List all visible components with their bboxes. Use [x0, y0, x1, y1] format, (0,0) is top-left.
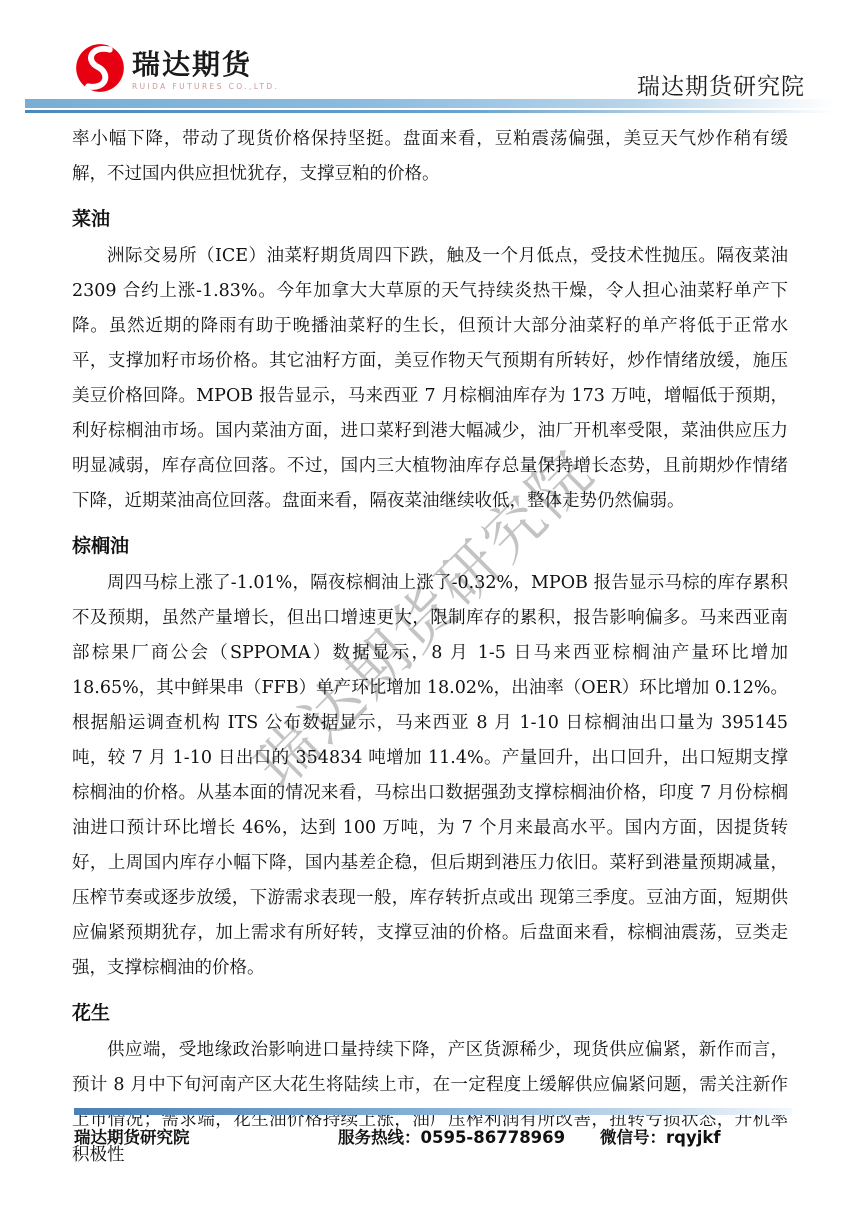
footer-hotline-number: 0595-86778969 [421, 1128, 566, 1147]
header: 瑞达期货 RUIDA FUTURES CO.,LTD. 瑞达期货研究院 [0, 0, 860, 99]
section-heading-rapeseed-oil: 菜油 [72, 202, 788, 237]
footer-wechat: 微信号：rqyjkf [600, 1124, 721, 1148]
report-page: 瑞达期货 RUIDA FUTURES CO.,LTD. 瑞达期货研究院 瑞达期货… [0, 0, 860, 1217]
header-divider-bar [25, 99, 835, 113]
footer-divider-bar [74, 1108, 792, 1115]
brand-logo: 瑞达期货 RUIDA FUTURES CO.,LTD. [74, 42, 279, 94]
footer-hotline-label: 服务热线： [338, 1128, 421, 1147]
footer-row: 瑞达期货研究院 服务热线：0595-86778969 微信号：rqyjkf [0, 1124, 860, 1148]
brand-subtitle: RUIDA FUTURES CO.,LTD. [132, 82, 279, 91]
footer-wechat-id: rqyjkf [666, 1128, 721, 1147]
header-bar-line [25, 110, 835, 113]
section-heading-peanut: 花生 [72, 996, 788, 1031]
body-paragraph: 供应端，受地缘政治影响进口量持续下降，产区货源稀少，现货供应偏紧，新作而言，预计… [72, 1033, 788, 1173]
report-body: 率小幅下降，带动了现货价格保持坚挺。盘面来看，豆粕震荡偏强，美豆天气炒作稍有缓解… [72, 122, 788, 1173]
footer-hotline: 服务热线：0595-86778969 [338, 1124, 565, 1148]
footer-org: 瑞达期货研究院 [74, 1124, 190, 1148]
section-heading-palm-oil: 棕榈油 [72, 529, 788, 564]
ruida-logo-icon [74, 42, 126, 94]
body-paragraph: 洲际交易所（ICE）油菜籽期货周四下跌，触及一个月低点，受技术性抛压。隔夜菜油 … [72, 239, 788, 519]
brand-name: 瑞达期货 [132, 50, 279, 80]
report-title: 瑞达期货研究院 [637, 68, 805, 101]
header-bar-main [25, 99, 835, 108]
brand-text-block: 瑞达期货 RUIDA FUTURES CO.,LTD. [132, 42, 279, 91]
footer-wechat-label: 微信号： [600, 1128, 666, 1147]
body-paragraph-intro: 率小幅下降，带动了现货价格保持坚挺。盘面来看，豆粕震荡偏强，美豆天气炒作稍有缓解… [72, 122, 788, 192]
body-paragraph: 周四马棕上涨了-1.01%，隔夜棕榈油上涨了-0.32%，MPOB 报告显示马棕… [72, 566, 788, 986]
